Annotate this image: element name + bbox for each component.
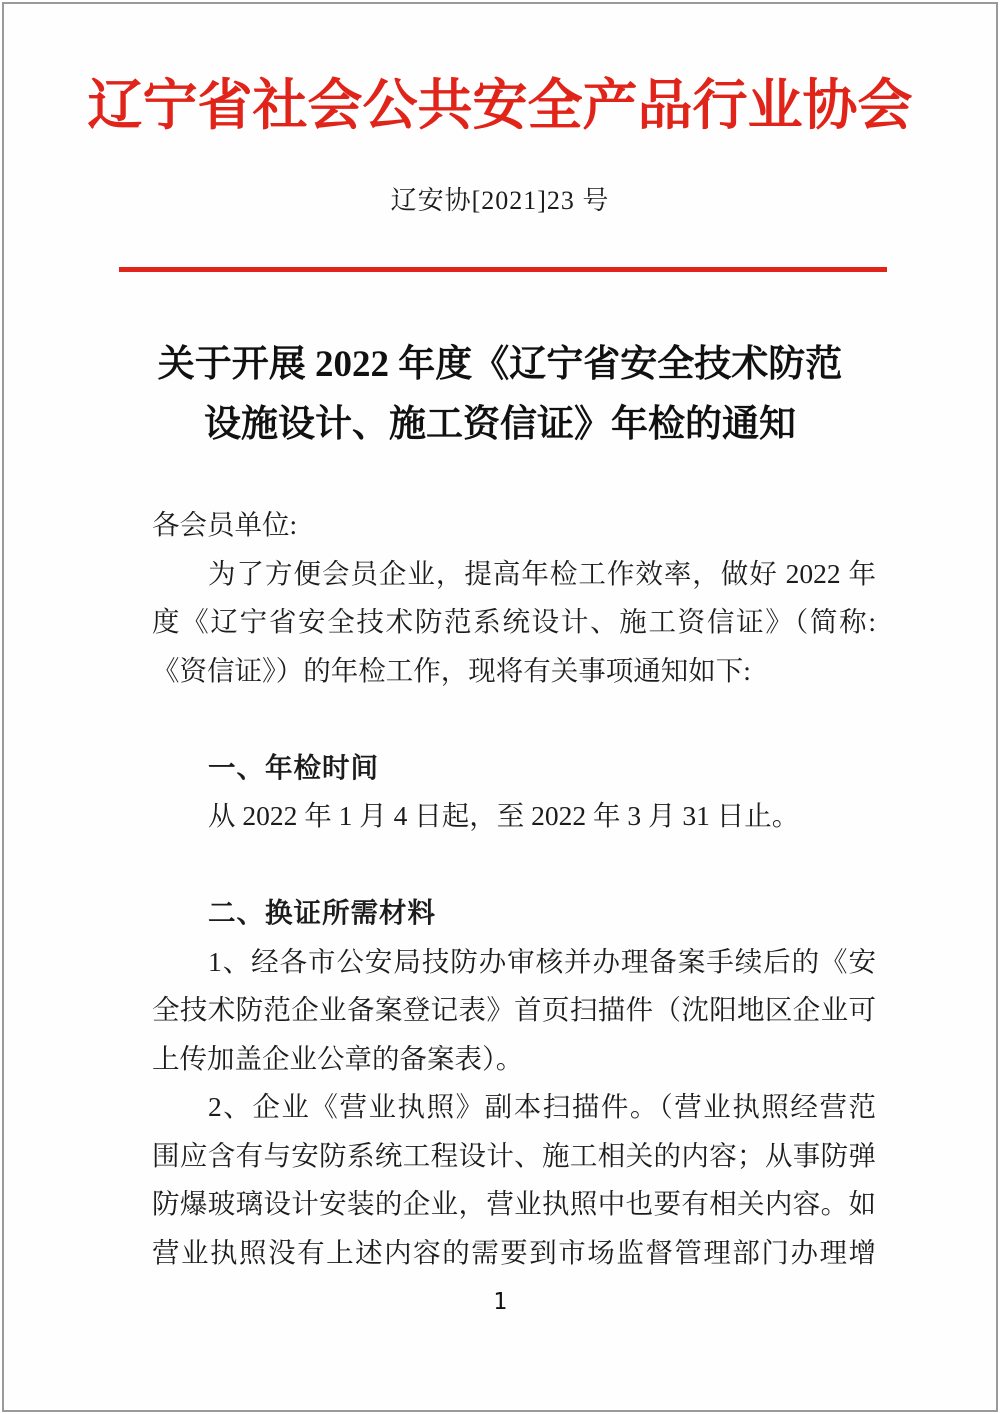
item-1-line: 全技术防范企业备案登记表》首页扫描件（沈阳地区企业可 — [152, 986, 876, 1035]
doc-title: 关于开展 2022 年度《辽宁省安全技术防范 设施设计、施工资信证》年检的通知 — [4, 335, 996, 455]
item-2-line: 防爆玻璃设计安装的企业，营业执照中也要有相关内容。如 — [152, 1180, 876, 1229]
salutation: 各会员单位: — [152, 501, 876, 550]
item-1-line: 上传加盖企业公章的备案表）。 — [152, 1035, 876, 1084]
page-frame: 辽宁省社会公共安全产品行业协会 辽安协[2021]23 号 关于开展 2022 … — [2, 2, 998, 1412]
doc-title-line1: 关于开展 2022 年度《辽宁省安全技术防范 — [4, 335, 996, 395]
item-1-line: 1、经各市公安局技防办审核并办理备案手续后的《安 — [152, 938, 876, 987]
intro-line: 为了方便会员企业，提高年检工作效率，做好 2022 年 — [152, 550, 876, 599]
document-page: 辽宁省社会公共安全产品行业协会 辽安协[2021]23 号 关于开展 2022 … — [0, 0, 1000, 1414]
item-2-line: 围应含有与安防系统工程设计、施工相关的内容；从事防弹 — [152, 1132, 876, 1181]
section-1-heading: 一、年检时间 — [152, 744, 876, 793]
section-1-line: 从 2022 年 1 月 4 日起，至 2022 年 3 月 31 日止。 — [152, 792, 876, 841]
blank-line — [152, 695, 876, 744]
org-title: 辽宁省社会公共安全产品行业协会 — [4, 71, 996, 141]
doc-title-line2: 设施设计、施工资信证》年检的通知 — [4, 395, 996, 455]
page-number: 1 — [4, 1284, 996, 1320]
intro-line: 《资信证》）的年检工作，现将有关事项通知如下: — [152, 647, 876, 696]
blank-line — [152, 841, 876, 890]
section-2-heading: 二、换证所需材料 — [152, 889, 876, 938]
doc-number: 辽安协[2021]23 号 — [4, 182, 996, 220]
item-2-line: 营业执照没有上述内容的需要到市场监督管理部门办理增 — [152, 1229, 876, 1278]
intro-line: 度《辽宁省安全技术防范系统设计、施工资信证》（简称: — [152, 598, 876, 647]
body-text: 各会员单位: 为了方便会员企业，提高年检工作效率，做好 2022 年 度《辽宁省… — [152, 501, 876, 1277]
red-divider — [119, 267, 887, 272]
item-2-line: 2、企业《营业执照》副本扫描件。（营业执照经营范 — [152, 1083, 876, 1132]
